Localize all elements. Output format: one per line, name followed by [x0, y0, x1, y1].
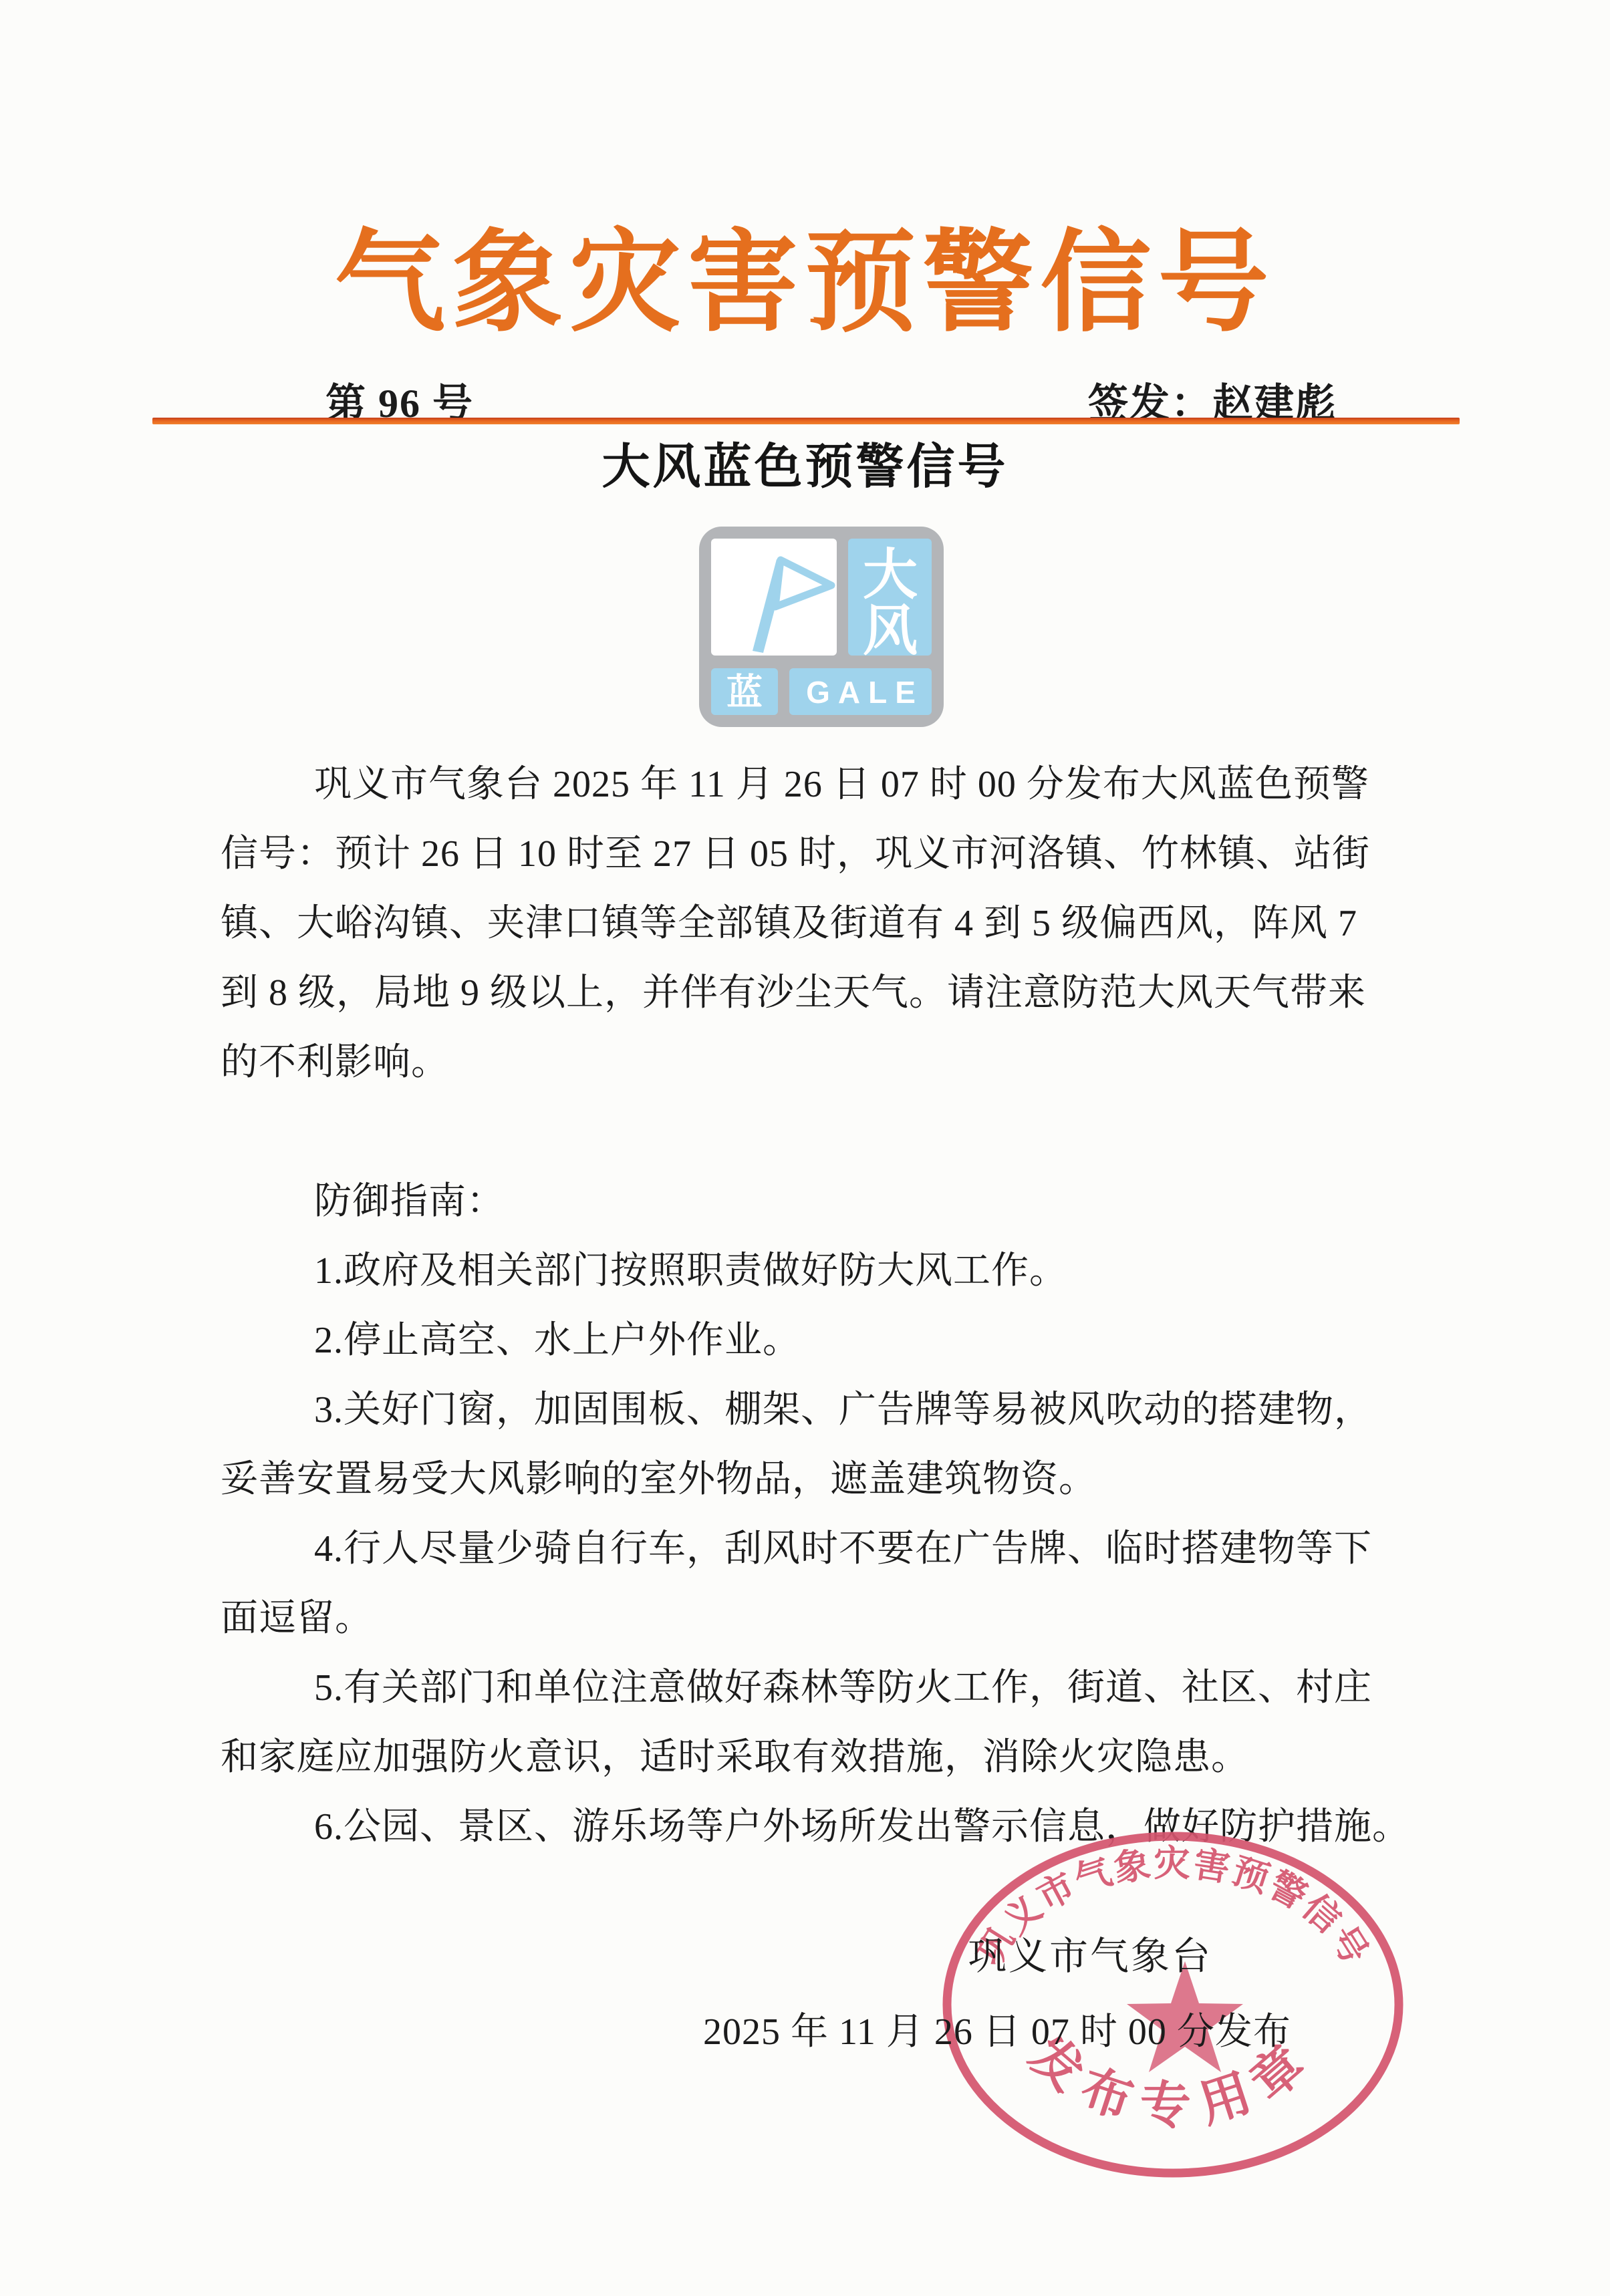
body-line: 的不利影响。: [221, 1028, 1407, 1097]
body-line: 镇、大峪沟镇、夹津口镇等全部镇及街道有 4 到 5 级偏西风，阵风 7: [221, 889, 1407, 958]
agency-name: 巩义市气象台: [968, 1924, 1212, 1981]
body-line: [221, 1097, 1407, 1167]
gale-warning-sign-graphic: 大 风 蓝 GALE: [699, 527, 944, 727]
document-title: 气象灾害预警信号: [0, 206, 1610, 361]
body-line: 2.停止高空、水上户外作业。: [221, 1306, 1407, 1375]
level-char: 蓝: [726, 672, 763, 712]
body-line: 面逗留。: [221, 1584, 1407, 1653]
release-time: 2025 年 11 月 26 日 07 时 00 分发布: [703, 2002, 1291, 2055]
body-line: 4.行人尽量少骑自行车，刮风时不要在广告牌、临时搭建物等下: [221, 1514, 1407, 1584]
body-text: 巩义市气象台 2025 年 11 月 26 日 07 时 00 分发布大风蓝色预…: [221, 750, 1407, 1862]
gale-char-top: 大: [863, 545, 918, 605]
gale-en-label: GALE: [806, 675, 924, 710]
gale-blue-warning-icon: 大 风 蓝 GALE: [699, 527, 944, 727]
body-line: 防御指南：: [221, 1167, 1407, 1236]
body-line: 1.政府及相关部门按照职责做好防大风工作。: [221, 1236, 1407, 1306]
body-line: 到 8 级，局地 9 级以上，并伴有沙尘天气。请注意防范大风天气带来: [221, 958, 1407, 1028]
body-line: 妥善安置易受大风影响的室外物品，遮盖建筑物资。: [221, 1445, 1407, 1514]
warning-subtitle: 大风蓝色预警信号: [0, 440, 1610, 495]
body-line: 信号：预计 26 日 10 时至 27 日 05 时，巩义市河洛镇、竹林镇、站街: [221, 819, 1407, 889]
body-line: 巩义市气象台 2025 年 11 月 26 日 07 时 00 分发布大风蓝色预…: [221, 750, 1407, 819]
body-line: 和家庭应加强防火意识，适时采取有效措施，消除火灾隐患。: [221, 1723, 1407, 1792]
warning-document-page: 气象灾害预警信号 第 96 号 签发：赵建彪 大风蓝色预警信号 大 风 蓝 GA…: [0, 0, 1610, 2296]
header-divider: [152, 418, 1460, 424]
body-line: 5.有关部门和单位注意做好森林等防火工作，街道、社区、村庄: [221, 1653, 1407, 1723]
body-line: 3.关好门窗，加固围板、棚架、广告牌等易被风吹动的搭建物，: [221, 1375, 1407, 1445]
gale-char-bottom: 风: [863, 601, 918, 662]
